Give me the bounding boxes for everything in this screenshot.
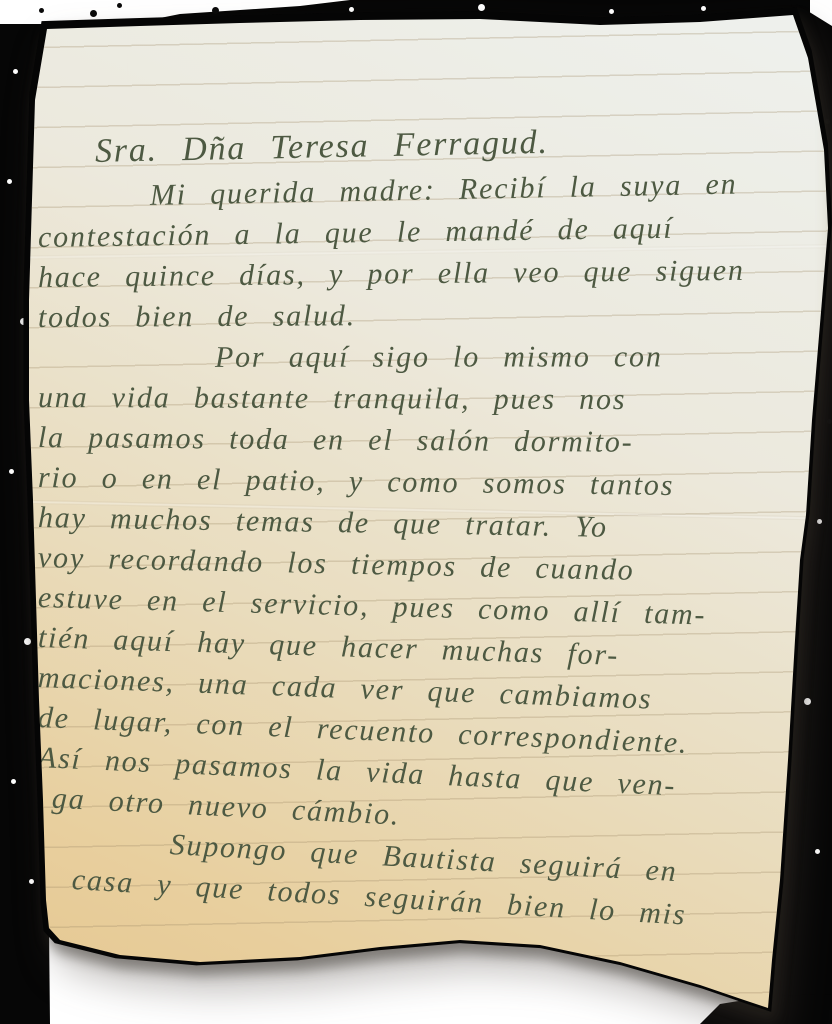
letter-line: hace quince días, y por ella veo que sig… [38,250,812,298]
letter-line: la pasamos toda en el salón dormito- [38,418,812,464]
photo-canvas: Sra. Dña Teresa Ferragud. Mi querida mad… [0,0,832,1024]
letter-paper: Sra. Dña Teresa Ferragud. Mi querida mad… [0,0,832,1024]
letter-line: una vida bastante tranquila, pues nos [38,378,812,421]
letter-paper-wrap: Sra. Dña Teresa Ferragud. Mi querida mad… [0,0,832,1024]
letter-text: Sra. Dña Teresa Ferragud. Mi querida mad… [38,128,812,898]
letter-line: todos bien de salud. [38,294,812,338]
letter-line: Por aquí sigo lo mismo con [38,337,812,378]
letter-body: Mi querida madre: Recibí la suya en cont… [38,178,812,898]
